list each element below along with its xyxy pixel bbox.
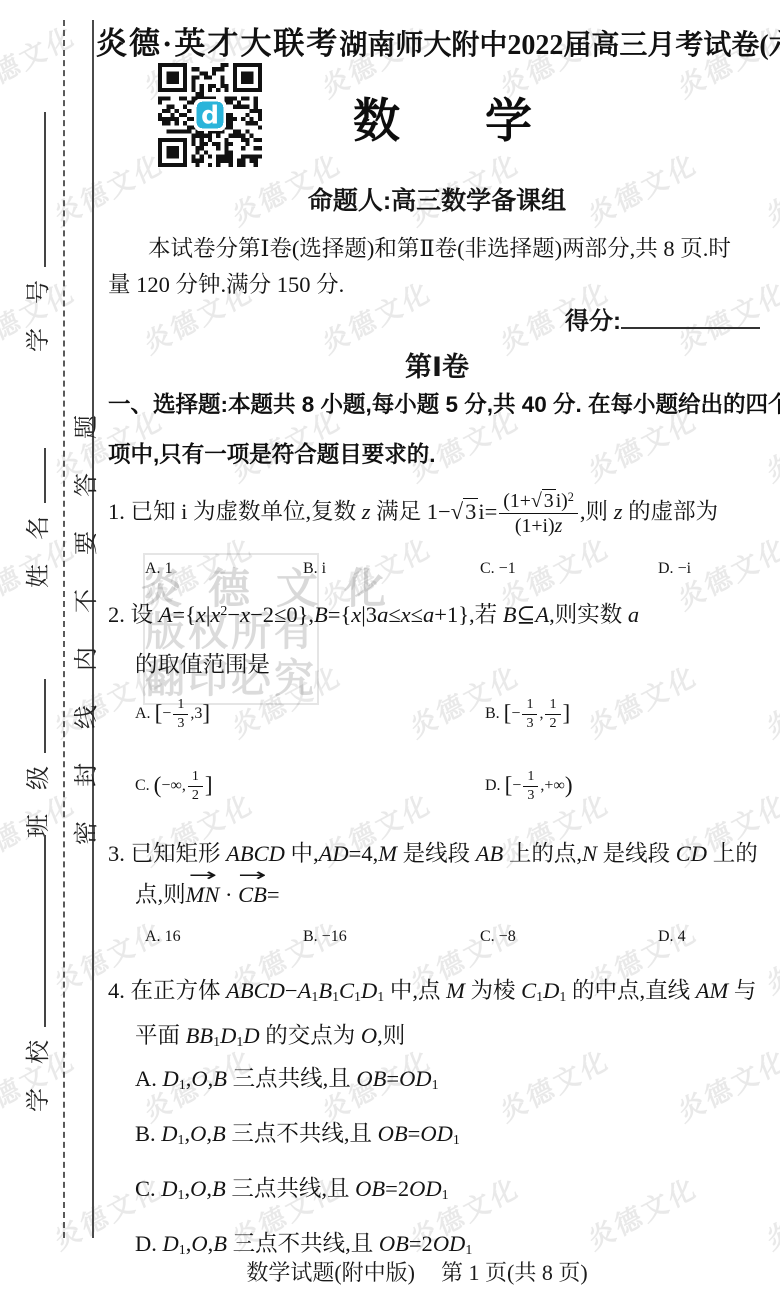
question-stem: 1. 已知 i 为虚数单位,复数 z 满足 1−√3i=(1+√3i)2(1+i… (108, 478, 768, 546)
sidebar-field-班级: 班 级 (18, 679, 53, 838)
footer-doc-label: 数学试题(附中版) (246, 1260, 415, 1285)
section-instruction-line: 一、选择题:本题共 8 小题,每小题 5 分,共 40 分. 在每小题给出的四个… (108, 387, 768, 419)
sidebar-field-姓名: 姓 名 (18, 448, 53, 588)
question-stem-continuation: 的取值范围是 (108, 647, 780, 679)
exam-header-title: 炎德·英才大联考湖南师大附中2022届高三月考试卷(六) (96, 18, 772, 63)
option-item: B. [−13,12] (485, 685, 570, 743)
question-stem: 4. 在正方体 ABCD−A1B1C1D1 中,点 M 为棱 C1D1 的中点,… (108, 973, 768, 1006)
footer-page-number: 第 1 页(共 8 页) (441, 1260, 588, 1285)
option-item: C. D1,O,B 三点共线,且 OB=2OD1 (108, 1171, 780, 1204)
option-item: C. −1 (480, 560, 516, 578)
sidebar-field-学校: 学 校 (18, 835, 53, 1112)
score-label: 得分: (565, 308, 621, 335)
section-instruction-line: 项中,只有一项是符合题目要求的. (108, 437, 768, 469)
section-title: 第Ⅰ卷 (108, 345, 766, 384)
seal-dashed-line (63, 20, 65, 1238)
option-item: D. [−13,+∞) (485, 757, 573, 815)
seal-instruction-text: 密封线内不要答题 (66, 381, 101, 845)
qr-code: d (158, 62, 262, 173)
option-item: D. 4 (658, 928, 686, 946)
field-blank-underline (29, 112, 46, 267)
question-stem: 3. 已知矩形 ABCD 中,AD=4,M 是线段 AB 上的点,N 是线段 C… (108, 836, 768, 868)
field-blank-underline (29, 835, 46, 1027)
field-blank-underline (29, 448, 46, 503)
option-item: D. −i (658, 560, 691, 578)
option-row: A. [−13,3] B. [−13,12] (108, 685, 768, 745)
question-number: 1. (108, 499, 125, 524)
option-item: D. D1,O,B 三点不共线,且 OB=2OD1 (108, 1226, 780, 1259)
question-stem-continuation: 平面 BB1D1D 的交点为 O,则 (108, 1018, 780, 1051)
option-item: A. 1 (145, 560, 173, 578)
svg-text:d: d (201, 101, 219, 130)
option-item: C. (−∞,12] (135, 757, 213, 815)
option-item: B. D1,O,B 三点不共线,且 OB=OD1 (108, 1116, 780, 1149)
option-item: A. 16 (145, 928, 181, 946)
sidebar-field-学号: 学 号 (18, 112, 53, 352)
proposer-line: 命题人:高三数学备课组 (108, 181, 766, 217)
field-blank-underline (29, 679, 46, 753)
question-number: 4. (108, 978, 125, 1003)
intro-line: 本试卷分第Ⅰ卷(选择题)和第Ⅱ卷(非选择题)两部分,共 8 页.时 (108, 231, 780, 267)
option-row: A. 1 B. i C. −1 D. −i (108, 560, 768, 590)
intro-line: 量 120 分钟.满分 150 分. (108, 267, 768, 303)
option-row: A. 16 B. −16 C. −8 D. 4 (108, 928, 768, 958)
option-item: C. −8 (480, 928, 516, 946)
exam-paper-page: 炎德文化炎德文化炎德文化炎德文化炎德文化炎德文化炎德文化炎德文化炎德文化炎德文化… (0, 0, 780, 1298)
watermark-text: 炎德文化 (0, 13, 80, 106)
question-stem-continuation: 点,则MN · CB= (108, 872, 780, 909)
option-item: A. [−13,3] (135, 685, 210, 743)
question-number: 2. (108, 602, 125, 627)
score-field: 得分: (565, 301, 760, 336)
option-item: A. D1,O,B 三点共线,且 OB=OD1 (108, 1061, 780, 1094)
option-item: B. i (303, 560, 326, 578)
page-footer: 数学试题(附中版)第 1 页(共 8 页) (88, 1256, 746, 1287)
brand-name: 炎德·英才大联考 (96, 26, 339, 61)
option-row: C. (−∞,12] D. [−13,+∞) (108, 757, 768, 817)
question-stem: 2. 设 A={x|x2−x−2≤0},B={x|3a≤x≤a+1},若 B⊆A… (108, 597, 768, 629)
score-underline (621, 310, 760, 329)
exam-title-rest: 湖南师大附中2022届高三月考试卷(六) (339, 30, 780, 61)
option-item: B. −16 (303, 928, 347, 946)
question-number: 3. (108, 841, 125, 866)
subject-title: 数学 (353, 84, 617, 151)
